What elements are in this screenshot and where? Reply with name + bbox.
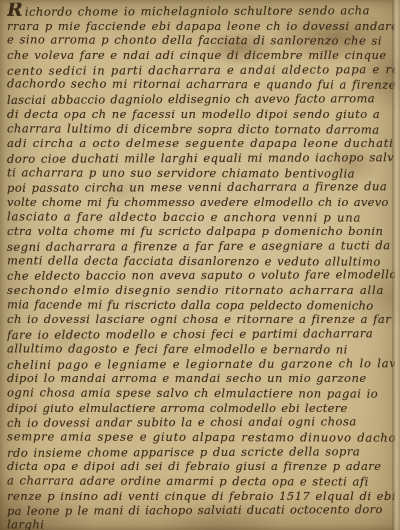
manuscript-line: volte chome mi fu chommesso avedere elmo…: [7, 195, 395, 210]
manuscript-line: doro cioe duchati mille larghi equali mi…: [7, 150, 395, 166]
manuscript-line: dipoi giuto elmulactiere arroma colmodel…: [7, 401, 395, 416]
manuscript-line: ogni chosa amia spese salvo ch elmulacti…: [7, 385, 395, 401]
manuscript-line: lasciato a fare aldecto baccio e anchora…: [7, 209, 395, 225]
manuscript-line: mia facende mi fu riscricto dalla copa p…: [7, 297, 395, 313]
manuscript-line: adi circha a octo delmese seguente dapap…: [7, 136, 395, 151]
manuscript-line: fare io eldecto modello e chosi feci e p…: [7, 326, 395, 342]
manuscript-line: a charrara adare ordine amarmi p decta o…: [7, 473, 395, 489]
manuscript-line: rdo insieme chome apparisce p dua scrict…: [7, 444, 395, 460]
manuscript-line: e sino arroma p chonto della facciata di…: [7, 33, 395, 49]
manuscript-line: lasciai abbaccio dagniolo eldisegnio ch …: [7, 91, 395, 107]
manuscript-line: dachordo secho mi ritornai acharrara e q…: [7, 77, 395, 93]
manuscript-line: di decta opa ch ne facessi un modello di…: [7, 107, 395, 122]
manuscript-line: Richordo chome io michelagniolo schultor…: [7, 1, 395, 19]
manuscript-line: sempre amia spese e giuto alpapa restamo…: [7, 429, 395, 445]
manuscript-line: allultimo dagosto e feci fare elmodello …: [7, 341, 395, 357]
manuscript-line: che eldecto baccio non aveva saputo o vo…: [7, 268, 395, 284]
manuscript-line: sechondo elmio disegnio sendio ritornato…: [7, 283, 395, 298]
manuscript-text: Richordo chome io michelagniolo schultor…: [7, 2, 395, 530]
manuscript-line: renze p insino adi venti cinque di febra…: [7, 489, 395, 504]
manuscript-line: ch io dovessi andar subito la e chosi an…: [7, 414, 395, 430]
manuscript-page: Richordo chome io michelagniolo schultor…: [0, 0, 400, 530]
manuscript-line: rrara p mie facciende ebi dapapa leone c…: [7, 19, 395, 34]
manuscript-line: dicta opa e dipoi adi sei di febraio giu…: [7, 459, 395, 474]
manuscript-line: dipoi lo mandai arroma e mandai secho un…: [7, 371, 395, 386]
manuscript-line: pa leone p le mani di iachopo salviati d…: [7, 503, 395, 519]
manuscript-line: ch io dovessi lasciare ogni chosa e rito…: [7, 312, 395, 327]
manuscript-line: che voleva fare e ndai adi cinque di dic…: [7, 48, 395, 63]
manuscript-line: segni dacharrara a firenze a far fare e …: [7, 238, 395, 254]
page-edge: [392, 0, 400, 530]
manuscript-line: chelini pago e legniame e legiornate du …: [7, 356, 395, 372]
manuscript-line: poi passato circha un mese venni dacharr…: [7, 179, 395, 195]
manuscript-line: charrara lultimo di dicembre sopra dicto…: [7, 121, 395, 137]
manuscript-line: larghi: [7, 517, 395, 530]
manuscript-line: ctra volta chome mi fu scricto dalpapa p…: [7, 224, 395, 239]
